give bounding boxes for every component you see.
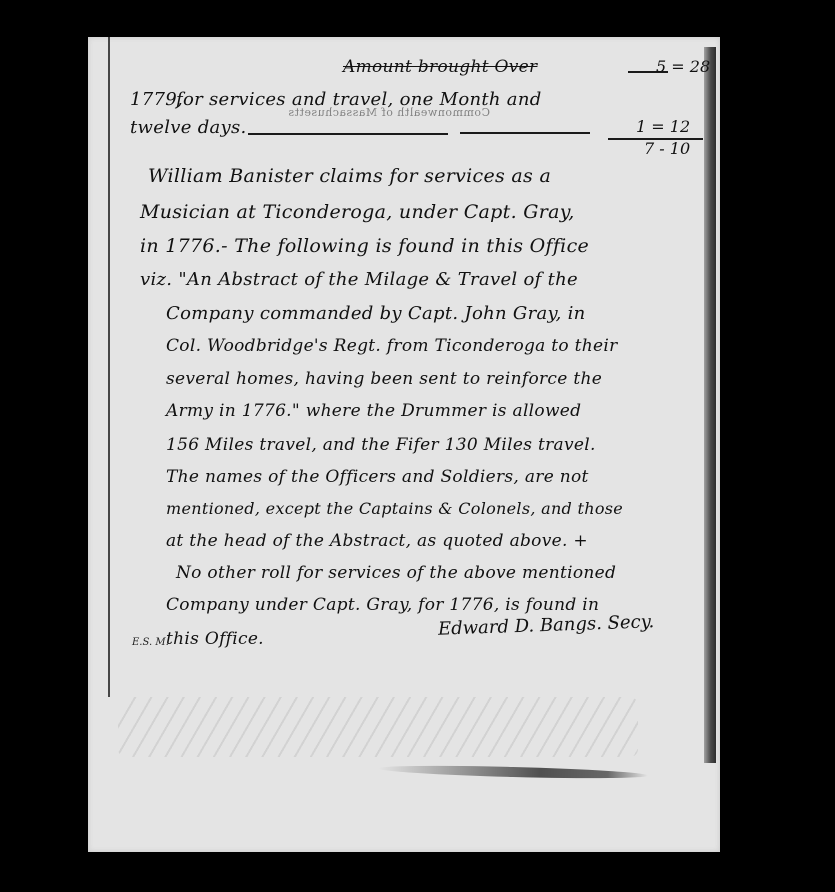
ink-smudge bbox=[378, 763, 648, 780]
entry-rule-1 bbox=[248, 133, 448, 135]
body-line-6: Col. Woodbridge's Regt. from Ticonderoga… bbox=[166, 336, 618, 356]
body-line-14: Company under Capt. Gray, for 1776, is f… bbox=[166, 595, 599, 615]
page-edge-shadow bbox=[704, 47, 716, 763]
body-line-7: several homes, having been sent to reinf… bbox=[166, 369, 602, 389]
entry-rule-2 bbox=[460, 132, 590, 134]
document-page: Commonwealth of Massachusetts Amount bro… bbox=[88, 37, 720, 852]
body-line-15: this Office. bbox=[166, 629, 264, 649]
total-value: 7 - 10 bbox=[644, 139, 690, 158]
body-line-3: in 1776.- The following is found in this… bbox=[140, 235, 589, 257]
body-line-5: Company commanded by Capt. John Gray, in bbox=[166, 303, 586, 324]
entry-text-line-1: for services and travel, one Month and bbox=[176, 89, 542, 110]
amount-brought-over-label: Amount brought Over bbox=[343, 57, 537, 77]
amount-brought-over-value: 5 = 28 bbox=[656, 57, 710, 76]
body-line-1: William Banister claims for services as … bbox=[148, 165, 551, 187]
entry-text-line-2: twelve days. bbox=[130, 117, 247, 138]
body-line-12: at the head of the Abstract, as quoted a… bbox=[166, 531, 588, 551]
body-line-9: 156 Miles travel, and the Fifer 130 Mile… bbox=[166, 435, 596, 455]
body-line-11: mentioned, except the Captains & Colonel… bbox=[166, 499, 623, 518]
left-margin-line bbox=[108, 37, 110, 697]
entry-value: 1 = 12 bbox=[636, 117, 690, 136]
faded-bleed-through-writing bbox=[118, 697, 638, 757]
body-line-10: The names of the Officers and Soldiers, … bbox=[166, 467, 589, 487]
body-line-13: No other roll for services of the above … bbox=[176, 563, 616, 583]
signature: Edward D. Bangs. Secy. bbox=[438, 611, 655, 640]
body-line-2: Musician at Ticonderoga, under Capt. Gra… bbox=[140, 201, 575, 223]
body-line-4: viz. "An Abstract of the Milage & Travel… bbox=[140, 269, 578, 290]
body-line-8: Army in 1776." where the Drummer is allo… bbox=[166, 401, 581, 421]
clerk-initials: E.S. M. bbox=[132, 637, 169, 648]
